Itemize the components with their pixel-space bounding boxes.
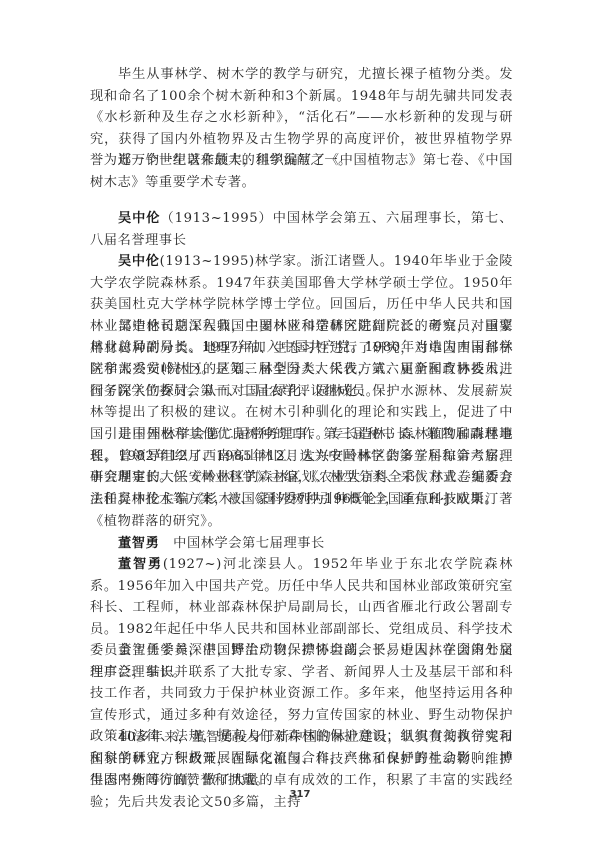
paragraph-wu-publications: 吴中伦主编《杉木》、《国外树种引种概论》，译有H·J·欧斯汀著《植物群落的研究》…	[90, 489, 513, 532]
heading-name: 吴中伦	[118, 211, 160, 226]
document-page: 毕生从事林学、树木学的教学与研究，尤擅长裸子植物分类。发现和命名了100余个树木…	[0, 0, 600, 848]
page-number: 317	[0, 784, 600, 806]
heading-title: 中国林学会第七届理事长	[159, 536, 324, 551]
bio-name: 董智勇	[118, 557, 163, 572]
paragraph-zheng-works: 郑万钧一生著作颇丰，组织编写了《中国植物志》第七卷、《中国树木志》等重要学术专著…	[90, 150, 513, 193]
bio-name: 吴中伦	[118, 254, 160, 269]
heading-name: 董智勇	[118, 536, 159, 551]
section-heading-wu-zhonglun: 吴中伦（1913~1995）中国林学会第五、六届理事长，第七、八届名誉理事长	[90, 208, 513, 251]
section-heading-dong-zhiyong: 董智勇 中国林学会第七届理事长	[90, 533, 513, 555]
